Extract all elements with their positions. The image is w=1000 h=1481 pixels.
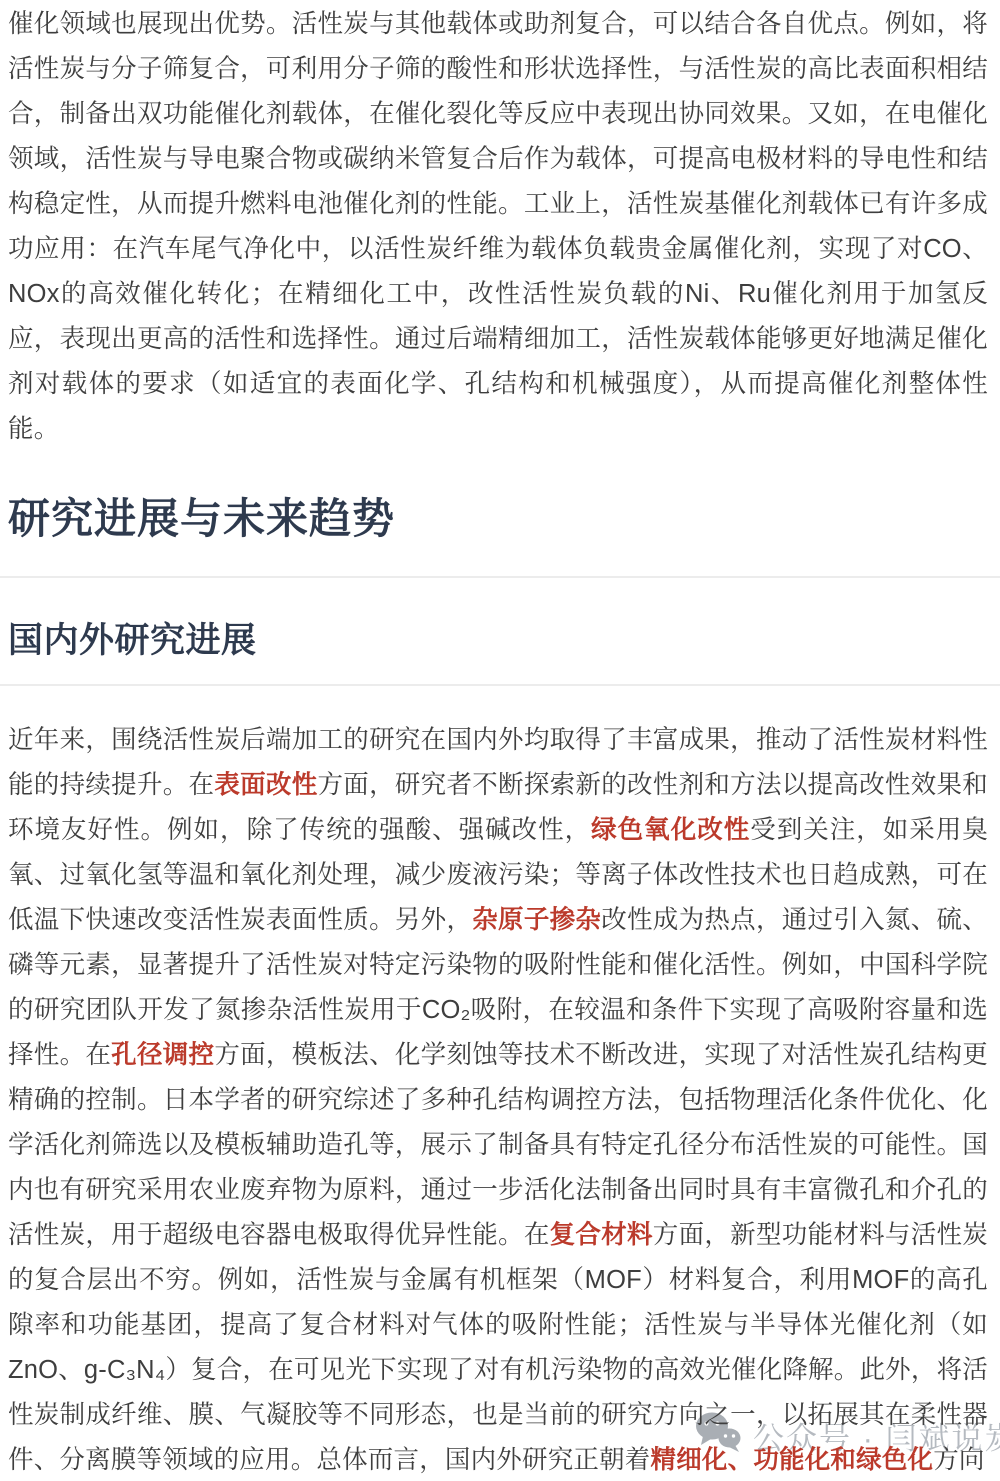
text-run: 方面，模板法、化学刻蚀等技术不断改进，实现了对活性炭孔结构更精确的控制。日本学者… bbox=[8, 1041, 988, 1249]
text-run: 方面，新型功能材料与活性炭的复合层出不穷。例如，活性炭与金属有机框架（MOF）材… bbox=[8, 1221, 988, 1474]
highlighted-term: 孔径调控 bbox=[111, 1041, 214, 1069]
article-body: 催化领域也展现出优势。活性炭与其他载体或助剂复合，可以结合各自优点。例如，将活性… bbox=[8, 2, 988, 1481]
highlighted-term: 绿色氧化改性 bbox=[591, 816, 750, 844]
highlighted-term: 表面改性 bbox=[214, 771, 317, 799]
highlighted-term: 杂原子掺杂 bbox=[472, 906, 601, 934]
subsection-divider bbox=[0, 684, 1000, 686]
subsection-heading: 国内外研究进展 bbox=[8, 620, 988, 662]
text-run: 催化领域也展现出优势。活性炭与其他载体或助剂复合，可以结合各自优点。例如，将活性… bbox=[8, 10, 988, 443]
section-divider bbox=[0, 576, 1000, 578]
highlighted-term: 复合材料 bbox=[550, 1221, 653, 1249]
paragraph-research-progress: 近年来，围绕活性炭后端加工的研究在国内外均取得了丰富成果，推动了活性炭材料性能的… bbox=[8, 718, 988, 1481]
text-run: 方向 bbox=[933, 1446, 984, 1474]
paragraph-catalyst-applications: 催化领域也展现出优势。活性炭与其他载体或助剂复合，可以结合各自优点。例如，将活性… bbox=[8, 2, 988, 452]
section-heading: 研究进展与未来趋势 bbox=[8, 494, 988, 544]
highlighted-term: 精细化、功能化和绿色化 bbox=[651, 1446, 934, 1474]
